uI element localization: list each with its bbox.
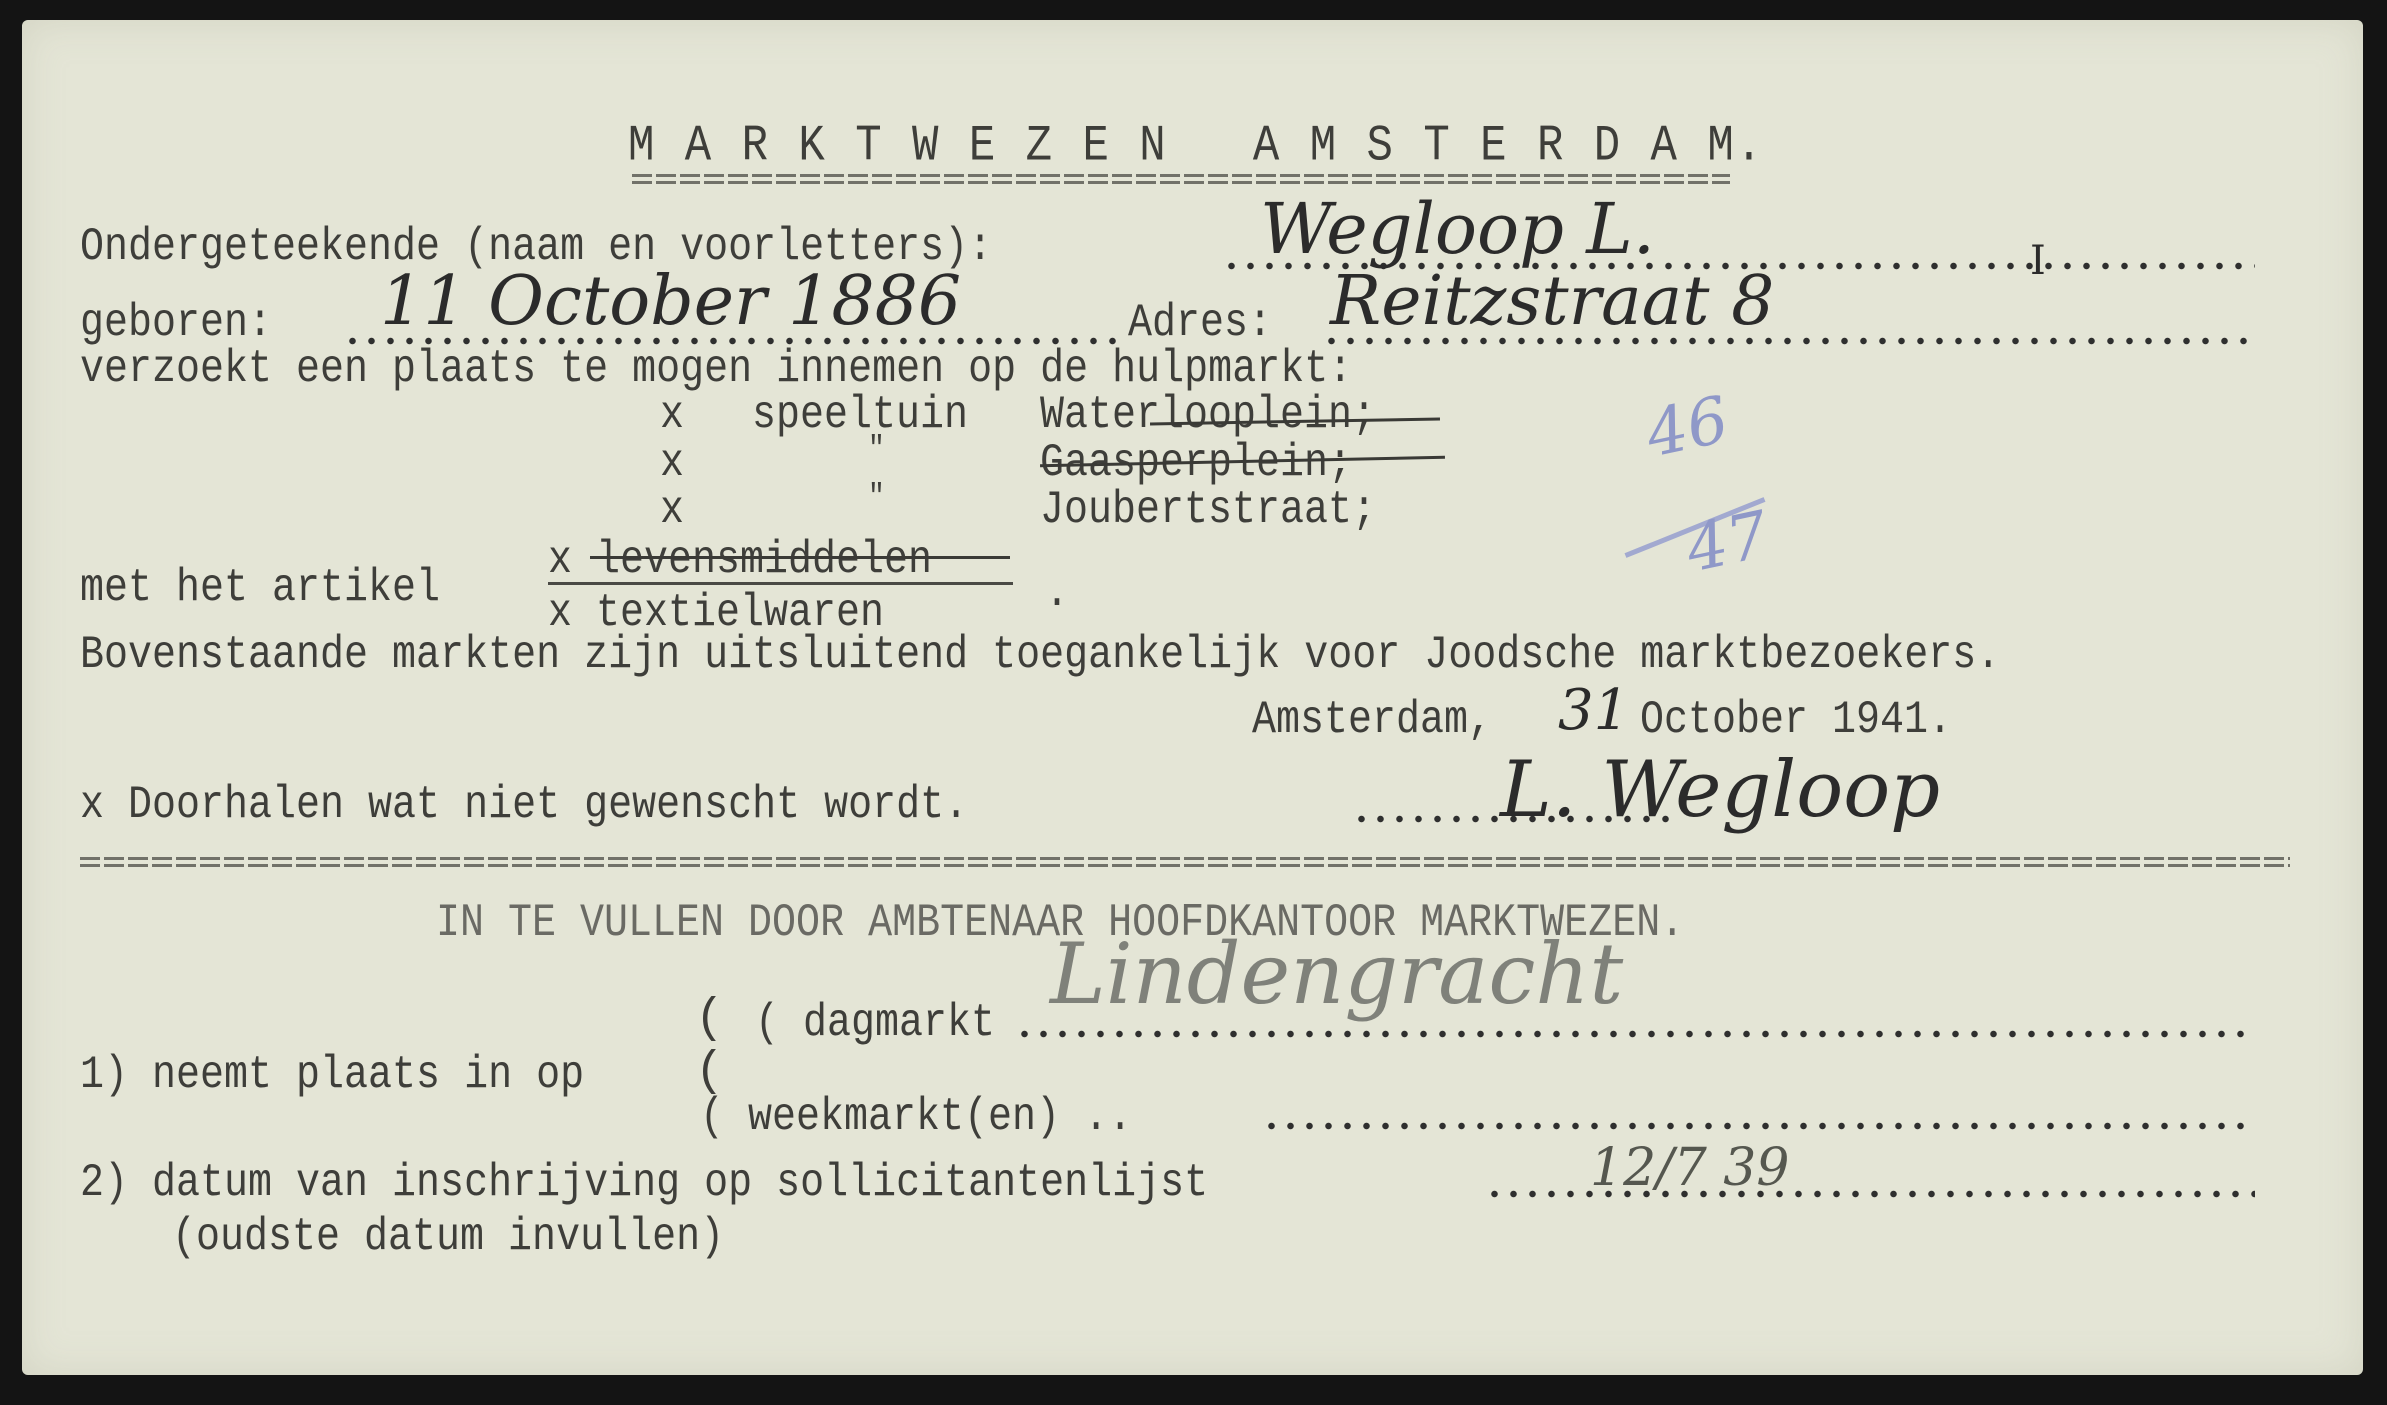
weekmarkt-dotted-line [1262,1122,2255,1130]
item-1-label: 1) neemt plaats in op [80,1050,584,1102]
jewish-only-notice: Bovenstaande markten zijn uitsluitend to… [80,630,2000,682]
market-1-mark: x [660,390,684,442]
dagmarkt-label: ( dagmarkt [755,998,995,1050]
market-2-ditto: " [868,432,885,468]
date-month-year: October 1941. [1640,695,1952,747]
dagmarkt-handwritten: Lindengracht [1050,925,1623,1023]
address-floor: I [2030,238,2046,284]
applicant-signature: L. Wegloop [1500,745,1940,835]
market-3-mark: x [660,485,684,537]
article-option-1-strikethrough [590,556,1010,559]
brace-top: ( [695,992,724,1046]
document-title: M A R K T W E Z E N A M S T E R D A M. [628,118,1764,176]
article-label: met het artikel [80,563,440,615]
strike-instruction: x Doorhalen wat niet gewenscht wordt. [80,780,968,832]
article-trailing-period: . [1045,568,1069,620]
date-day-handwritten: 31 [1558,678,1629,743]
address-label: Adres: [1128,298,1272,350]
market-1-name: Waterlooplein; [1040,390,1376,442]
article-fraction-line [548,582,1013,585]
market-2-mark: x [660,438,684,490]
article-option-levensmiddelen: x levensmiddelen [548,535,932,587]
item-2-note: (oudste datum invullen) [172,1212,724,1264]
name-handwritten: Wegloop L. [1260,188,1655,270]
born-handwritten: 11 October 1886 [380,262,961,341]
item-2-label: 2) datum van inschrijving op sollicitant… [80,1158,1208,1210]
title-double-underline [632,172,1730,186]
place-label: Amsterdam, [1252,695,1492,747]
market-3-ditto: " [868,480,885,516]
brace-middle: ( [695,1045,724,1099]
weekmarkt-label: ( weekmarkt(en) .. [700,1092,1132,1144]
dagmarkt-dotted-line [1015,1030,2255,1038]
address-handwritten: Reitzstraat 8 [1330,262,1774,341]
request-line: verzoekt een plaats te mogen innemen op … [80,344,1352,396]
market-3-name: Joubertstraat; [1040,485,1376,537]
item-2-handwritten-date: 12/7 39 [1590,1138,1789,1198]
section-divider [80,855,2290,869]
market-1-prefix: speeltuin [752,390,968,442]
born-label: geboren: [80,298,272,350]
